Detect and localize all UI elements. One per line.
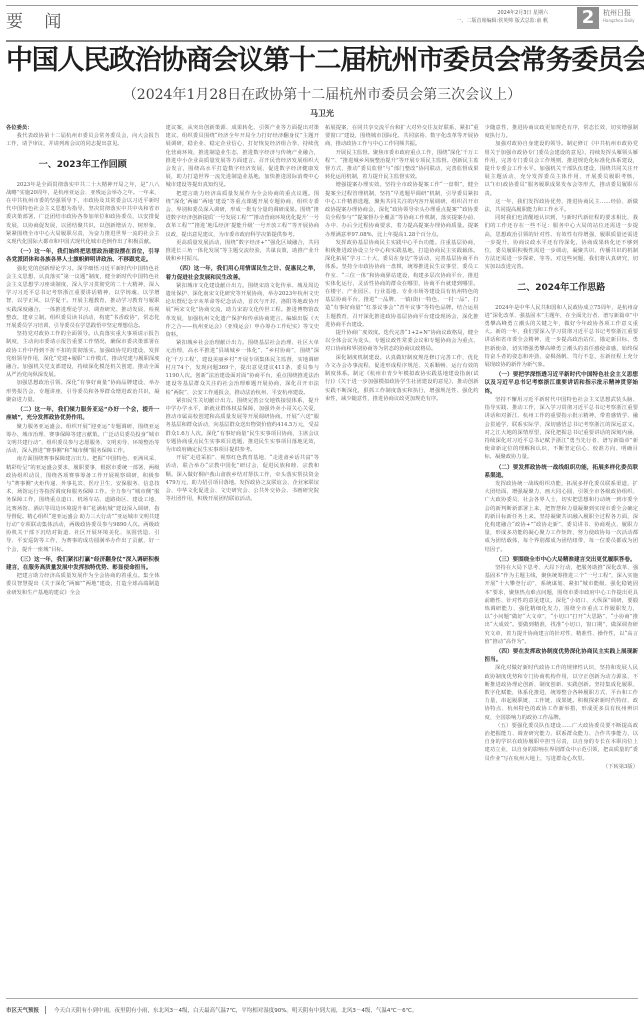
weather-footer: 市区天气预报 今天白天阴有小到中雨，夜里阴有小雨，东北风3－4级，白天最高气温7…	[6, 1003, 638, 1017]
footer-rule	[6, 998, 638, 999]
header-rule	[6, 40, 638, 42]
continued-notice: （下转第3版）	[485, 763, 639, 771]
editors-credit: 一、二版首席编辑:侯英帅 版式总监:俞 帆	[456, 17, 548, 25]
paragraph: 坚持不懈用习近平新时代中国特色社会主义思想武装头脑、指导实践、推动工作，深入学习…	[485, 396, 639, 462]
article-author: 马卫光	[0, 108, 644, 119]
paragraph: 发挥政协统一战线组织功能，拓展多样化委员联系渠道，扩大团结面，增强凝聚力，画大同…	[485, 480, 639, 554]
paragraph: 开展民主监督。聚焦市委市政府重点工作，围绕“深化‘千万工程’”、“推进城乡风貌整…	[325, 149, 479, 182]
subsection-heading: （三）要围绕全市中心大局精准建言交出更优履职答卷。	[485, 556, 639, 564]
column-3: 拓展提案、在同共享交流平台和扩大对外交往友好联系，紧扣“重要窗口”建设，围绕城市…	[325, 124, 479, 990]
subsection-heading: （三）这一年，我们紧扣打赢“经济翻身仗”深入调研积极建言，在服务高质量发展中发挥…	[6, 556, 160, 572]
paragraph: 把建言助力经济高质量发展作为全会协商的着重点。集全体委员智慧提出《关于深化“两廊…	[6, 572, 160, 597]
column-2-blocks: 建议案，从突出创新策源、成果转化、引领产业等方面提出对策建议。组织委员围绕“经济…	[166, 124, 320, 503]
subsection-heading: （一）这一年，我们始终把思想政治建设摆在首位，引导各党派团体和各族各界人士旗帜鲜…	[6, 248, 160, 264]
paragraph: 深化对做好新时代政协工作的规律性认识，坚持和发展人民政协制度优势和专门协商机构作…	[485, 664, 639, 721]
paragraph: 拓展提案、在同共享交流平台和扩大对外交往友好联系，紧扣“重要窗口”建设，围绕城市…	[325, 124, 479, 149]
subsection-heading: （一）要把学深悟透习近平新时代中国特色社会主义思想以及习近平总书记考察浙江重要讲…	[485, 371, 639, 396]
paragraph: （五）要强化委员队伍建设……广大政协委员要不断提高政治把握能力、调查研究能力、联…	[485, 722, 639, 763]
column-3-blocks: 拓展提案、在同共享交流平台和扩大对外交往友好联系，紧扣“重要窗口”建设，围绕城市…	[325, 124, 479, 403]
section-name: 要 闻	[6, 7, 69, 32]
column-4: 少随意性，推进协商议政更加规范有序，常态长效，切实增强制度执行力。加强对政协自身…	[485, 124, 639, 990]
paragraph: 少随意性，推进协商议政更加规范有序，常态长效，切实增强制度执行力。	[485, 124, 639, 140]
paragraph: 更高质量发展活动，围绕“数字经济+”“强化区域融合，共同推进长三角一体化发展”等…	[166, 239, 320, 264]
weather-label: 市区天气预报	[6, 1006, 46, 1014]
paragraph: 聚力服务亚运盛会。组织开展“迎亚运”专题调研，围绕亚运筹办、城市治理、赛事保障等…	[6, 423, 160, 456]
subsection-heading: （二）要发挥政协统一战线组织功能，拓展多样化委员联系渠道。	[485, 464, 639, 480]
top-rule	[6, 5, 638, 6]
issue-meta: 2024年2月3日 星期六 一、二版首席编辑:侯英帅 版式总监:俞 帆	[456, 9, 548, 25]
paragraph: 南方面围绕赛事保障建言出力。把握“中国特色、亚洲风采、精彩纷呈”的亚运盛会要求，…	[6, 455, 160, 553]
subsection-heading: （四）要在发挥政协制度优势深化协商民主实践上展现新担当。	[485, 648, 639, 664]
column-2: 建议案，从突出创新策源、成果转化、引领产业等方面提出对策建议。组织委员围绕“经济…	[166, 124, 320, 990]
column-1-blocks: 2023年是全面贯彻落实中共二十大精神开局之年，是“八八战略”实施20周年，是杭…	[6, 181, 160, 597]
paragraph: 增强提案办理实效。坚持全市政协提案工作“一盘棋”，健全提案全过程管理机制，坚持“…	[325, 181, 479, 238]
paragraph: 提升协商广度效度。迭代完善“1+2+N”协商议政格局，健全以全体会议为龙头、专题…	[325, 329, 479, 354]
paragraph: 建议案，从突出创新策源、成果转化、引领产业等方面提出对策建议。组织委员围绕“经济…	[166, 124, 320, 190]
paragraph: 深化制度机制建设。认真做好制度规范修订完善工作，优化办文办会办事流程，促进形成程…	[325, 354, 479, 403]
paragraph: 开展“走进采拍”、视察红色教育基地、“走进畲乡话共富”等活动，联合举办“宗教中国…	[166, 454, 320, 503]
paragraph: 坚持党对政协工作的全面领导。认真落实重大事项请示报告制度，主动向市委请示报告重要…	[6, 330, 160, 379]
paragraph: 2023年是全面贯彻落实中共二十大精神开局之年，是“八八战略”实施20周年，是杭…	[6, 181, 160, 247]
newspaper-logo: 杭州日报 Hangzhou Daily	[603, 9, 641, 25]
page-number: 2	[577, 7, 599, 29]
subsection-heading: （四）这一年，我们用心用情谋民生之计、促惠民之举，着力促进社会发展和民生改善。	[166, 265, 320, 281]
issue-date: 2024年2月3日 星期六	[456, 9, 548, 17]
column-4-blocks: 少随意性，推进协商议政更加规范有序，常态长效，切实增强制度执行力。加强对政协自身…	[485, 124, 639, 272]
weather-forecast: 今天白天阴有小到中雨，夜里阴有小雨，东北风3－4级，白天最高气温7℃，平均相对湿…	[54, 1006, 417, 1014]
masthead: 要 闻 2024年2月3日 星期六 一、二版首席编辑:侯英帅 版式总监:俞 帆 …	[0, 0, 644, 36]
paragraph: 加强思想政治引领。深化“有事好商量”协商品牌建设，举办形势报告会、专题讲座，引导…	[6, 379, 160, 404]
paragraph: 这一年，我们发挥政协优势，推进协商民主……经验、新做法，共同提高履职能力和工作水…	[485, 198, 639, 214]
logo-en: Hangzhou Daily	[603, 17, 641, 25]
subsection-heading: （二）这一年，我们倾力服务亚运“办好一个会，提升一座城”，充分发挥政协优势作用。	[6, 406, 160, 422]
article-subtitle: （2024年1月28日在政协第十二届杭州市委员会第三次会议上）	[0, 84, 644, 104]
paragraph: 把建言助力经济高质量发展作为全会协商的重点议题。围绕“深化‘两廊’‘两地’建设”…	[166, 190, 320, 239]
paragraph: 加强对政协自身建设的领导。制定修订《中共杭州市政协党组关于加强市政协专门委员会建…	[485, 140, 639, 197]
section-2-blocks: 2024年是中华人民共和国和人民政协成立75周年，是杭州奋进“深化改革、强基固本…	[485, 304, 639, 763]
paragraph: 发挥政协基层协商民主实践中心平台功能。注重基层协商，积极推进政协设立分中心和实践…	[325, 239, 479, 329]
paragraph: 坚持在大局下思考、大局下行动，把服务助推“深化改革、强基固本”作为主题主线，聚焦…	[485, 564, 639, 646]
section-2-title: 二、2024年工作思路	[485, 282, 639, 294]
paragraph: 紧扣民生关切献计出力。围绕完善公交地铁接驳体系，提升中学办学水平，新就业群体权益…	[166, 397, 320, 454]
column-1: 各位委员： 我代表政协第十二届杭州市委员会常务委员会，向大会报告工作，请予审议，…	[6, 124, 160, 990]
article-headline: 中国人民政治协商会议第十二届杭州市委员会常务委员会工作报告	[6, 44, 638, 78]
paragraph: 紧扣城乡社会治理献计出力。围绕基层社会治理、社区大单元治理，高水平推进“县域城乡…	[166, 339, 320, 396]
salutation: 各位委员：	[6, 124, 160, 132]
paragraph: 2024年是中华人民共和国和人民政协成立75周年，是杭州奋进“深化改革、强基固本…	[485, 304, 639, 370]
paragraph: 同时我们也清醒地认识到，与新时代新征程的要求相比，我们的工作还存在一些不足：服务…	[485, 214, 639, 271]
article-body: 各位委员： 我代表政协第十二届杭州市委员会常务委员会，向大会报告工作，请予审议，…	[6, 124, 638, 990]
intro-paragraph: 我代表政协第十二届杭州市委员会常务委员会，向大会报告工作，请予审议，并请列席会议…	[6, 132, 160, 148]
logo-cn: 杭州日报	[603, 9, 631, 17]
section-1-title: 一、2023年工作回顾	[6, 159, 160, 171]
paragraph: 强化党的创新理论学习。深学细悟习近平新时代中国特色社会主义思想，认真落实“第一议…	[6, 265, 160, 331]
paragraph: 紧扣城市文化建设献计出力。围绕宋韵文化传承、城及周边遗址保护、深化南宋文化研究等…	[166, 282, 320, 339]
